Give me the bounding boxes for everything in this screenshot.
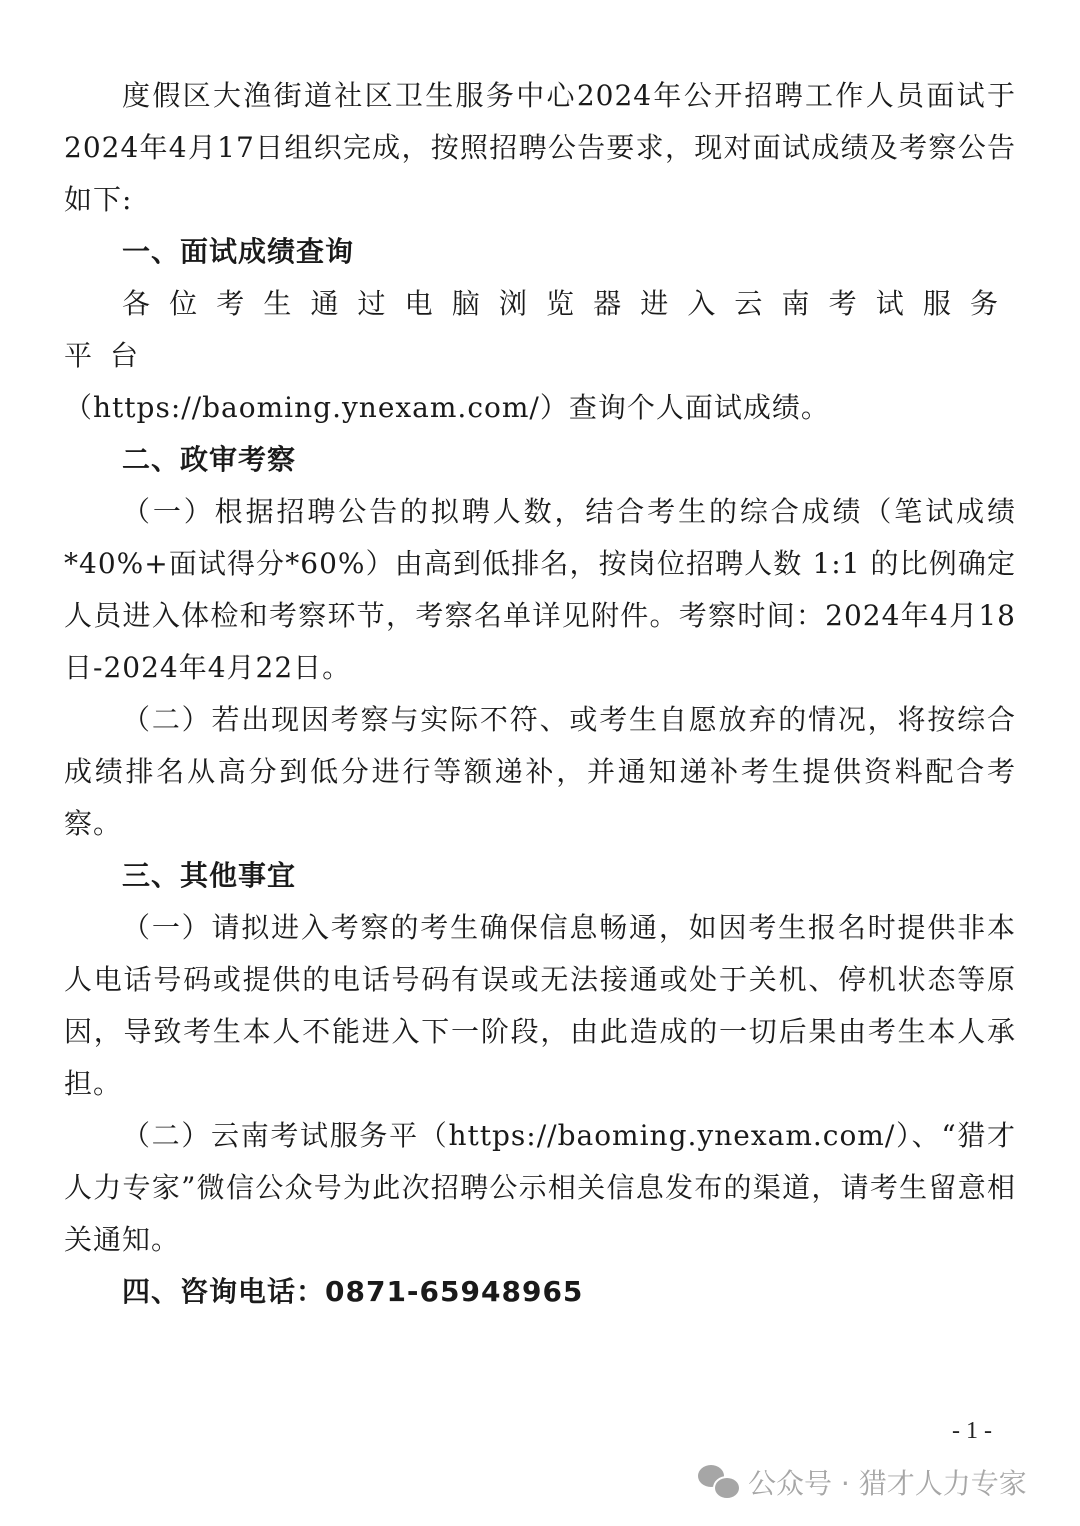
- section-heading-contact-phone: 四、咨询电话：0871-65948965: [64, 1266, 1016, 1318]
- intro-paragraph: 度假区大渔街道社区卫生服务中心2024年公开招聘工作人员面试于2024年4月17…: [64, 70, 1016, 226]
- section-heading-political-review: 二、政审考察: [64, 434, 1016, 486]
- wechat-icon: [698, 1465, 740, 1499]
- section-heading-other-matters: 三、其他事宜: [64, 850, 1016, 902]
- page-number: - 1 -: [952, 1418, 992, 1445]
- section-heading-interview-results: 一、面试成绩查询: [64, 226, 1016, 278]
- section2-item1: （一）根据招聘公告的拟聘人数，结合考生的综合成绩（笔试成绩*40%+面试得分*6…: [64, 486, 1016, 694]
- watermark-text: 公众号 · 猎才人力专家: [748, 1462, 1027, 1502]
- section2-item2: （二）若出现因考察与实际不符、或考生自愿放弃的情况，将按综合成绩排名从高分到低分…: [64, 694, 1016, 850]
- section1-paragraph-line1: 各位考生通过电脑浏览器进入云南考试服务平台: [64, 278, 1016, 382]
- section3-item2: （二）云南考试服务平（https://baoming.ynexam.com/）、…: [64, 1110, 1016, 1266]
- section3-item1: （一）请拟进入考察的考生确保信息畅通，如因考生报名时提供非本人电话号码或提供的电…: [64, 902, 1016, 1110]
- document-page: 度假区大渔街道社区卫生服务中心2024年公开招聘工作人员面试于2024年4月17…: [64, 70, 1016, 1318]
- section1-paragraph-line2: （https://baoming.ynexam.com/）查询个人面试成绩。: [64, 382, 1016, 434]
- wechat-watermark: 公众号 · 猎才人力专家: [698, 1462, 1027, 1502]
